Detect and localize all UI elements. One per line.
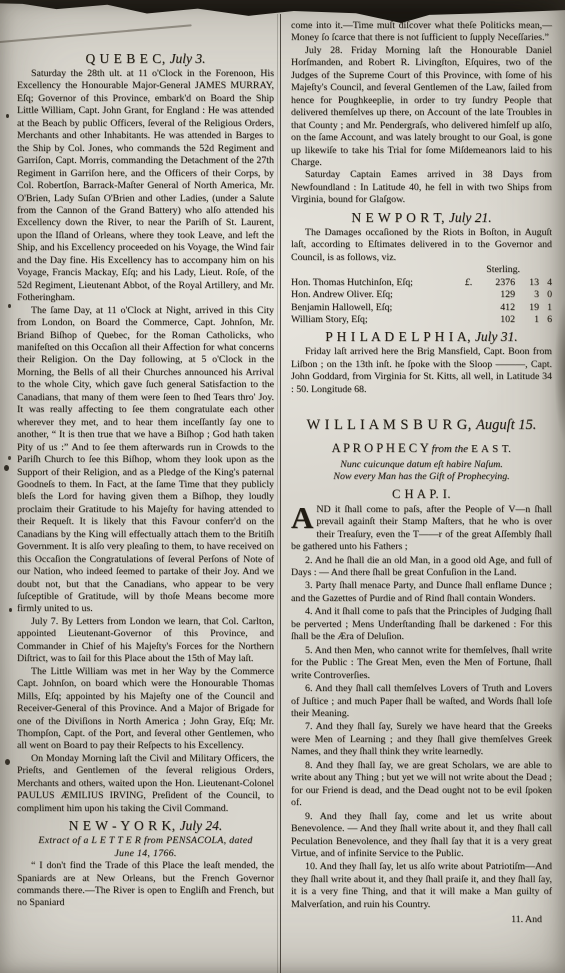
dateline-date: July 24. — [180, 818, 223, 833]
dateline-city: N E W - Y O R K, — [69, 818, 176, 833]
drop-cap: A — [291, 504, 316, 530]
sterling-label: Sterling. — [291, 264, 552, 276]
paragraph: The ſame Day, at 11 o'Clock at Night, ar… — [17, 305, 274, 616]
damages-pence: 1 — [539, 302, 552, 314]
column-divider — [280, 14, 281, 973]
prophecy-title-east: E A S T. — [471, 443, 511, 455]
currency-symbol — [465, 289, 481, 301]
section-heading-quebec: Q U E B E C, July 3. — [17, 51, 274, 66]
table-row: William Story, Eſq; 102 1 6 — [291, 314, 552, 326]
verse-text: ND it ſhall come to paſs, after the Peop… — [291, 504, 552, 552]
latin-epigraph: Nunc cuicunque datum eſt habire Naſum. — [291, 459, 552, 472]
table-row: Hon. Andrew Oliver. Eſq; 129 3 0 — [291, 289, 552, 301]
dateline-city: P H I L A D E L P H I A, — [325, 329, 471, 344]
right-edge-smudge — [554, 296, 565, 446]
verse: 6. And they ſhall call themſelves Lovers… — [291, 683, 552, 720]
right-column: come into it.—Time muſt diſcover what th… — [291, 20, 552, 927]
paragraph: July 7. By Letters from London we learn,… — [17, 616, 274, 666]
chapter-heading: C H A P. I. — [291, 488, 552, 500]
paragraph: July 28. Friday Morning laſt the Honoura… — [291, 45, 552, 170]
verse: 7. And they ſhall ſay, Surely we have he… — [291, 721, 552, 758]
currency-symbol — [465, 314, 481, 326]
dateline-city: Q U E B E C, — [85, 51, 165, 66]
paragraph: Saturday the 28th ult. at 11 o'Clock in … — [17, 68, 274, 305]
section-heading-philadelphia: P H I L A D E L P H I A, July 31. — [291, 329, 552, 344]
damages-pence: 6 — [539, 314, 552, 326]
damages-name: Benjamin Hallowell, Eſq; — [291, 302, 465, 314]
damages-table: Hon. Thomas Hutchinſon, Eſq; £. 2376 13 … — [291, 277, 552, 327]
extract-letter-date: June 14, 1766. — [17, 848, 274, 860]
verse: 3. Party ſhall menace Party, and Dunce ſ… — [291, 580, 552, 605]
verse: AND it ſhall come to paſs, after the Peo… — [291, 504, 552, 554]
right-edge-smudge — [557, 700, 565, 790]
verse: 4. And it ſhall come to paſs that the Pr… — [291, 606, 552, 643]
continuation-paragraph: come into it.—Time muſt diſcover what th… — [291, 20, 552, 45]
prophecy-title-fromthe: from the — [431, 443, 468, 455]
dateline-date: Auguſt 15. — [476, 417, 536, 433]
dateline-date: July 31. — [475, 329, 518, 344]
prophecy-title-word: A P R O P H E C Y — [332, 441, 429, 455]
damages-shillings: 13 — [515, 277, 539, 289]
damages-shillings: 3 — [515, 289, 539, 301]
verse: 2. And he ſhall die an old Man, in a goo… — [291, 555, 552, 580]
section-heading-williamsburg: W I L L I A M S B U R G, Auguſt 15. — [291, 418, 552, 433]
verse: 5. And then Men, who cannot write for th… — [291, 645, 552, 682]
paragraph: The Damages occaſioned by the Riots in B… — [291, 227, 552, 264]
section-heading-new-york: N E W - Y O R K, July 24. — [17, 818, 274, 833]
paragraph: “ I don't find the Trade of this Place t… — [17, 860, 274, 910]
verse: 9. And they ſhall ſay, come and let us w… — [291, 811, 552, 861]
paragraph: Friday laſt arrived here the Brig Mansfi… — [291, 346, 552, 396]
damages-shillings: 19 — [515, 302, 539, 314]
damages-pounds: 102 — [481, 314, 515, 326]
currency-symbol: £. — [465, 277, 481, 289]
paragraph: On Monday Morning laſt the Civil and Mil… — [17, 753, 274, 815]
damages-pounds: 129 — [481, 289, 515, 301]
damages-pence: 0 — [539, 289, 552, 301]
dateline-city: W I L L I A M S B U R G, — [307, 417, 472, 433]
dateline-city: N E W P O R T, — [351, 210, 445, 225]
damages-pence: 4 — [539, 277, 552, 289]
paragraph: Saturday Captain Eames arrived in 38 Day… — [291, 169, 552, 206]
section-heading-newport: N E W P O R T, July 21. — [291, 210, 552, 225]
verse: 10. And they ſhall ſay, let us alſo writ… — [291, 861, 552, 911]
newspaper-page: Q U E B E C, July 3. Saturday the 28th u… — [0, 0, 565, 973]
extract-letter-line: Extract of a L E T T E R from PENSACOLA,… — [17, 835, 274, 847]
damages-name: William Story, Eſq; — [291, 314, 465, 326]
table-row: Benjamin Hallowell, Eſq; 412 19 1 — [291, 302, 552, 314]
dateline-date: July 3. — [170, 51, 206, 66]
damages-name: Hon. Andrew Oliver. Eſq; — [291, 289, 465, 301]
verse: 8. And they ſhall ſay, we are great Scho… — [291, 760, 552, 810]
damages-pounds: 2376 — [481, 277, 515, 289]
dateline-date: July 21. — [449, 210, 492, 225]
prophecy-title: A P R O P H E C Y from the E A S T. — [291, 442, 552, 455]
paragraph: The Little William was met in her Way by… — [17, 666, 274, 753]
currency-symbol — [465, 302, 481, 314]
damages-name: Hon. Thomas Hutchinſon, Eſq; — [291, 277, 465, 289]
catchword: 11. And — [291, 914, 552, 926]
table-row: Hon. Thomas Hutchinſon, Eſq; £. 2376 13 … — [291, 277, 552, 289]
paper-crease — [0, 24, 192, 43]
epigraph-translation: Now every Man has the Gift of Prophecyin… — [291, 471, 552, 484]
damages-shillings: 1 — [515, 314, 539, 326]
ink-specks — [6, 114, 9, 118]
left-column: Q U E B E C, July 3. Saturday the 28th u… — [17, 48, 274, 910]
damages-pounds: 412 — [481, 302, 515, 314]
